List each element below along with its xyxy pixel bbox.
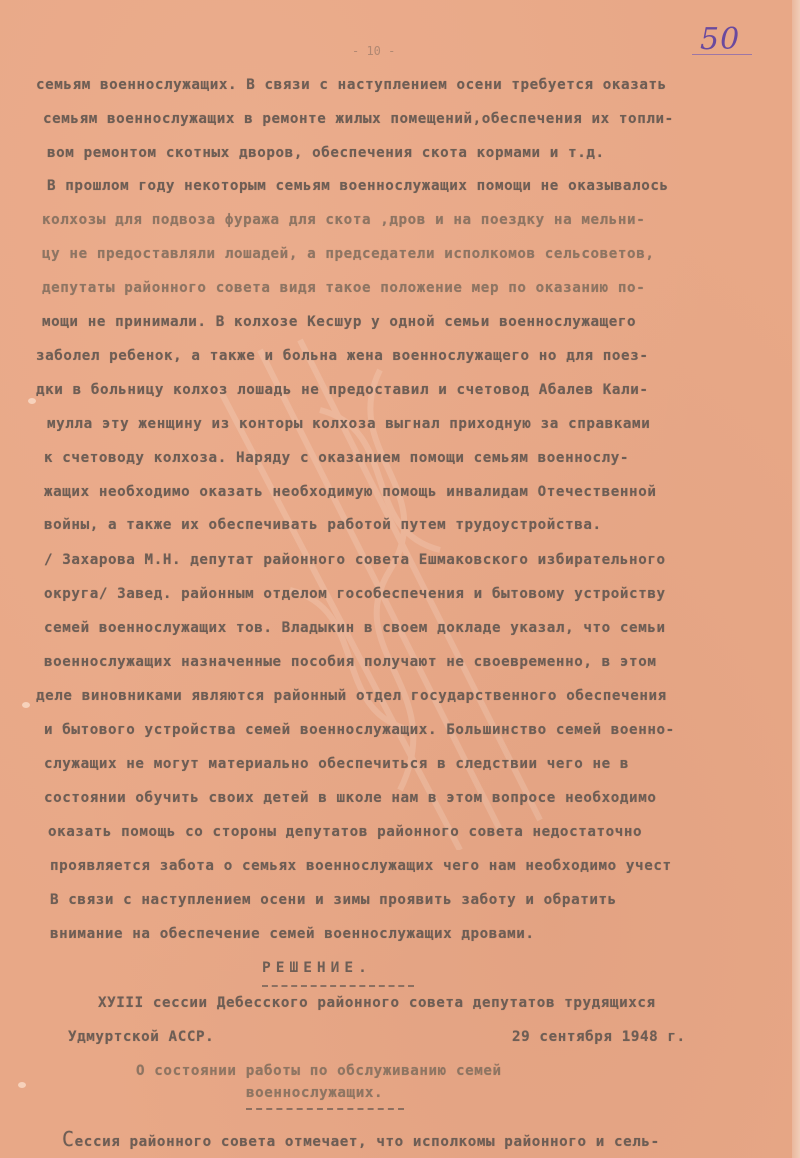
body-line: цу не предоставляли лошадей, а председат… (42, 246, 655, 262)
page-edge (792, 0, 800, 1158)
body-line: депутаты районного совета видя такое пол… (42, 280, 645, 296)
decision-heading: РЕШЕНИЕ. (262, 960, 372, 976)
body-line: проявляется забота о семьях военнослужащ… (50, 858, 672, 874)
body-line: семьям военнослужащих. В связи с наступл… (36, 77, 667, 93)
body-line: вом ремонтом скотных дворов, обеспечения… (47, 145, 605, 161)
decision-date: 29 сентября 1948 г. (512, 1029, 686, 1045)
body-line: внимание на обеспечение семей военнослуж… (50, 926, 535, 942)
body-line: / Захарова М.Н. депутат районного совета… (44, 552, 666, 568)
body-line: колхозы для подвоза фуража для скота ,др… (42, 212, 645, 228)
closing-text: ессия районного совета отмечает, что исп… (75, 1134, 660, 1150)
closing-initial: С (62, 1127, 75, 1151)
archive-page-number: 50 (700, 22, 740, 57)
body-line: войны, а также их обеспечивать работой п… (44, 517, 602, 533)
subject-line: военнослужащих. (246, 1085, 383, 1101)
body-line: жащих необходимо оказать необходимую пом… (44, 484, 657, 500)
body-line: служащих не могут материально обеспечить… (44, 756, 629, 772)
heading-underline (262, 985, 414, 987)
body-line: В прошлом году некоторым семьям военносл… (47, 178, 669, 194)
session-line: ХУIII сессии Дебесского районного совета… (98, 995, 656, 1011)
body-line: и бытового устройства семей военнослужащ… (44, 722, 675, 738)
body-line: военнослужащих назначенные пособия получ… (44, 654, 657, 670)
body-line: к счетоводу колхоза. Наряду с оказанием … (44, 450, 629, 466)
body-line: состоянии обучить своих детей в школе на… (44, 790, 657, 806)
edge-mark (28, 398, 36, 404)
body-line: деле виновниками являются районный отдел… (36, 688, 667, 704)
edge-mark (22, 702, 30, 708)
edge-mark (18, 1082, 26, 1088)
body-line: В связи с наступлением осени и зимы проя… (50, 892, 617, 908)
body-line: семьям военнослужащих в ремонте жилых по… (43, 111, 674, 127)
body-line: округа/ Завед. районным отделом гособесп… (44, 586, 666, 602)
body-line: семей военнослужащих тов. Владыкин в сво… (44, 620, 666, 636)
republic-line: Удмуртской АССР. (68, 1029, 214, 1045)
body-line: мулла эту женщину из конторы колхоза выг… (47, 416, 650, 432)
body-line: мощи не принимали. В колхозе Кесшур у од… (42, 314, 636, 330)
page-number-underline (692, 54, 752, 55)
typed-page-marker: - 10 - (352, 44, 395, 58)
body-line: заболел ребенок, а также и больна жена в… (36, 348, 649, 364)
subject-line: О состоянии работы по обслуживанию семей (136, 1063, 502, 1079)
body-line: дки в больницу колхоз лошадь не предоста… (36, 382, 649, 398)
body-line: оказать помощь со стороны депутатов райо… (48, 824, 642, 840)
closing-line: Сессия районного совета отмечает, что ис… (62, 1127, 660, 1151)
subject-underline (246, 1108, 404, 1110)
